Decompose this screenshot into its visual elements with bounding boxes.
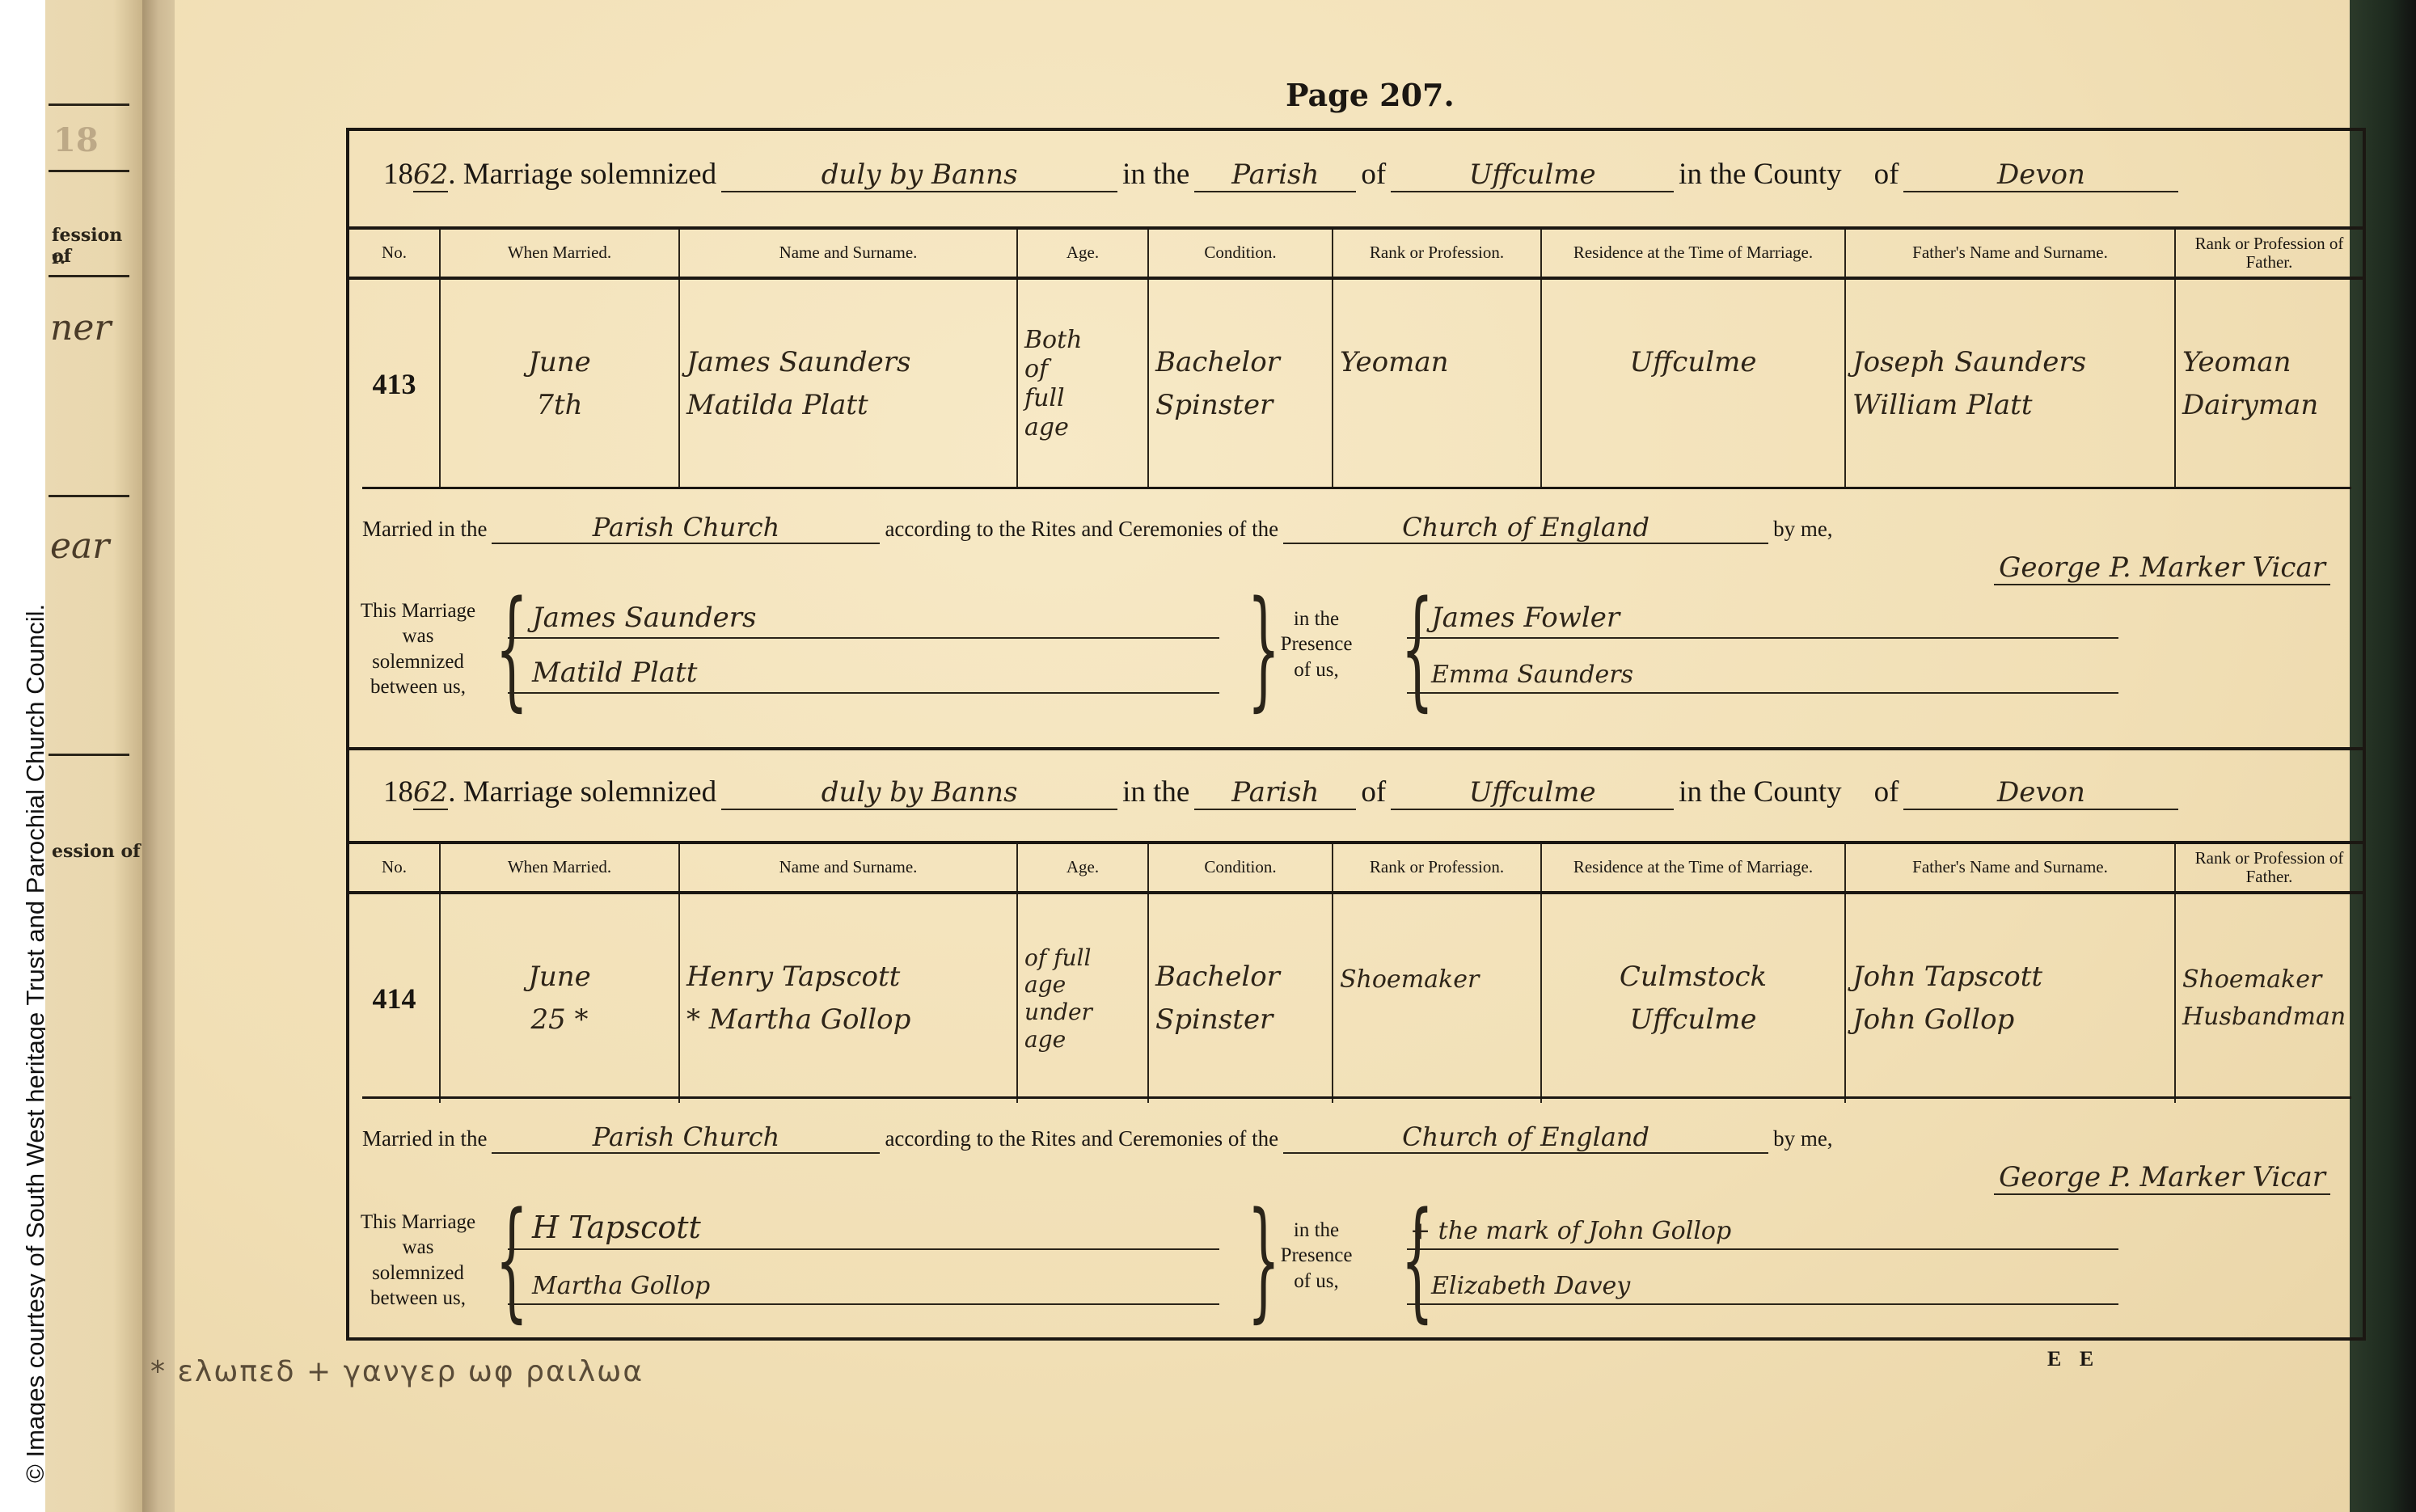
married-in-row: Married in the Parish Church according t… (362, 487, 2351, 544)
rule (49, 495, 129, 497)
column-header-row: No. When Married. Name and Surname. Age.… (349, 843, 2363, 893)
married-in-place: Parish Church (492, 1121, 880, 1154)
between-us-label: This Marriagewassolemnizedbetween us, (357, 1210, 479, 1311)
left-page-fragment: 18 fession of r. ner ear ession of (45, 0, 142, 1512)
left-header-text: r. (52, 247, 65, 268)
when-married: June25 * (440, 893, 679, 1103)
col-rank: Rank or Profession. (1333, 228, 1541, 278)
ghost-text: 18 (53, 121, 99, 159)
col-when-married: When Married. (440, 228, 679, 278)
left-handwriting: ner (50, 307, 111, 348)
entry-number: 414 (349, 893, 440, 1103)
rank: Shoemaker (1333, 893, 1541, 1103)
credit-strip: © Images courtesy of South West heritage… (0, 0, 45, 1512)
county-name: Devon (1903, 776, 2178, 810)
solemnized-by: duly by Banns (721, 158, 1117, 192)
rule (49, 170, 129, 172)
printer-mark: E E (2047, 1347, 2100, 1371)
residence: CulmstockUffculme (1541, 893, 1845, 1103)
witness-signature: Emma Saunders (1407, 639, 2118, 694)
entry-number: 413 (349, 278, 440, 488)
father-names: John TapscottJohn Gollop (1845, 893, 2175, 1103)
condition: BachelorSpinster (1148, 278, 1333, 488)
col-age: Age. (1017, 843, 1148, 893)
col-no: No. (349, 843, 440, 893)
col-condition: Condition. (1148, 228, 1333, 278)
names: James SaundersMatilda Platt (679, 278, 1017, 488)
year-suffix: 62 (413, 158, 448, 192)
when-married: June7th (440, 278, 679, 488)
place-type: Parish (1194, 158, 1356, 192)
bride-signature: Martha Gollop (508, 1250, 1219, 1305)
col-residence: Residence at the Time of Marriage. (1541, 228, 1845, 278)
groom-signature: James Saunders (508, 584, 1219, 639)
column-header-row: No. When Married. Name and Surname. Age.… (349, 228, 2363, 278)
residence: Uffculme (1541, 278, 1845, 488)
party-signatures: James Saunders Matild Platt (508, 584, 1219, 694)
party-signatures: H Tapscott Martha Gollop (508, 1195, 1219, 1305)
witness-signature: + the mark of John Gollop (1407, 1195, 2118, 1250)
rites-of: Church of England (1283, 1121, 1768, 1154)
rites-of: Church of England (1283, 512, 1768, 544)
officiant-signature: George P. Marker Vicar (1994, 1161, 2330, 1195)
officiant-signature: George P. Marker Vicar (1994, 551, 2330, 585)
left-handwriting: ear (50, 526, 109, 567)
col-no: No. (349, 228, 440, 278)
copyright-credit: © Images courtesy of South West heritage… (23, 604, 48, 1483)
county-name: Devon (1903, 158, 2178, 192)
year-suffix: 62 (413, 776, 448, 810)
col-when-married: When Married. (440, 843, 679, 893)
rank: Yeoman (1333, 278, 1541, 488)
col-name: Name and Surname. (679, 228, 1017, 278)
married-in-row: Married in the Parish Church according t… (362, 1096, 2351, 1154)
rule (49, 103, 129, 106)
age: Bothoffullage (1017, 278, 1148, 488)
names: Henry Tapscott* Martha Gollop (679, 893, 1017, 1103)
married-in-place: Parish Church (492, 512, 880, 544)
register-table: No. When Married. Name and Surname. Age.… (349, 226, 2363, 488)
witness-signatures: James Fowler Emma Saunders (1407, 584, 2118, 694)
presence-label: in thePresenceof us, (1268, 606, 1365, 682)
col-name: Name and Surname. (679, 843, 1017, 893)
place-type: Parish (1194, 776, 1356, 810)
marriage-record-414: 1862. Marriage solemnized duly by Banns … (346, 750, 2366, 1341)
parish-name: Uffculme (1391, 158, 1674, 192)
father-names: Joseph SaundersWilliam Platt (1845, 278, 2175, 488)
record-headline: 1862. Marriage solemnized duly by Banns … (383, 157, 2183, 192)
table-row: 414 June25 * Henry Tapscott* Martha Goll… (349, 893, 2363, 1103)
rule (49, 754, 129, 756)
register-table: No. When Married. Name and Surname. Age.… (349, 841, 2363, 1103)
book-gutter (142, 0, 175, 1512)
col-father-rank: Rank or Profession of Father. (2175, 843, 2363, 893)
marriage-record-413: 1862. Marriage solemnized duly by Banns … (346, 128, 2366, 750)
age: of fullageunderage (1017, 893, 1148, 1103)
presence-label: in thePresenceof us, (1268, 1218, 1365, 1294)
left-header-text: ession of (52, 841, 141, 862)
col-residence: Residence at the Time of Marriage. (1541, 843, 1845, 893)
groom-signature: H Tapscott (508, 1195, 1219, 1250)
bride-signature: Matild Platt (508, 639, 1219, 694)
witness-signature: Elizabeth Davey (1407, 1250, 2118, 1305)
table-row: 413 June7th James SaundersMatilda Platt … (349, 278, 2363, 488)
pencil-footnote: * ελωπεδ + γανγερ ωφ ραιλωα (150, 1355, 644, 1388)
rule (49, 275, 129, 277)
between-us-label: This Marriagewassolemnizedbetween us, (357, 598, 479, 699)
father-rank: YeomanDairyman (2175, 278, 2363, 488)
col-father-rank: Rank or Profession of Father. (2175, 228, 2363, 278)
parish-name: Uffculme (1391, 776, 1674, 810)
col-father-name: Father's Name and Surname. (1845, 843, 2175, 893)
page-number: Page 207. (1286, 77, 1455, 113)
witness-signatures: + the mark of John Gollop Elizabeth Dave… (1407, 1195, 2118, 1305)
col-condition: Condition. (1148, 843, 1333, 893)
col-rank: Rank or Profession. (1333, 843, 1541, 893)
condition: BachelorSpinster (1148, 893, 1333, 1103)
col-father-name: Father's Name and Surname. (1845, 228, 2175, 278)
father-rank: ShoemakerHusbandman (2175, 893, 2363, 1103)
solemnized-by: duly by Banns (721, 776, 1117, 810)
record-headline: 1862. Marriage solemnized duly by Banns … (383, 775, 2183, 810)
register-page: Page 207. 1862. Marriage solemnized duly… (175, 0, 2350, 1512)
witness-signature: James Fowler (1407, 584, 2118, 639)
col-age: Age. (1017, 228, 1148, 278)
